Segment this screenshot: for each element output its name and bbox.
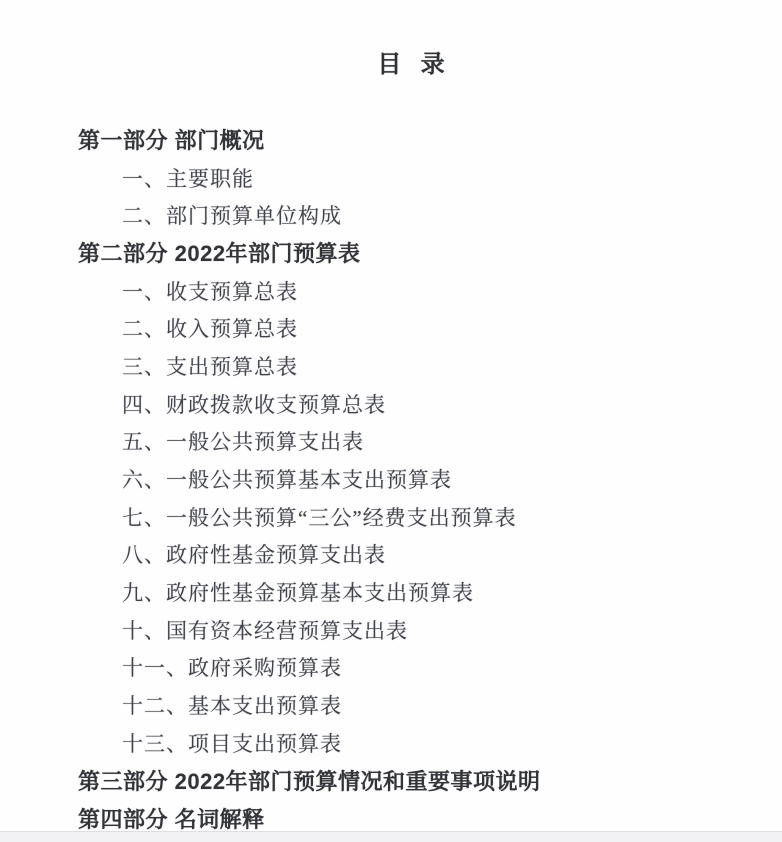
- toc-item: 十二、基本支出预算表: [0, 686, 782, 724]
- document-page: 目 录 第一部分 部门概况一、主要职能二、部门预算单位构成第二部分 2022年部…: [0, 0, 782, 842]
- toc-item: 六、一般公共预算基本支出预算表: [0, 460, 782, 498]
- toc-item: 十、国有资本经营预算支出表: [0, 611, 782, 649]
- page-bottom-edge: [0, 831, 782, 842]
- toc-item: 五、一般公共预算支出表: [0, 423, 782, 461]
- toc-part-heading: 第三部分 2022年部门预算情况和重要事项说明: [0, 762, 782, 800]
- toc-item: 一、主要职能: [0, 159, 782, 197]
- toc-item: 十三、项目支出预算表: [0, 724, 782, 762]
- toc-part-heading: 第二部分 2022年部门预算表: [0, 234, 782, 272]
- toc-item: 九、政府性基金预算基本支出预算表: [0, 573, 782, 611]
- toc-item: 二、部门预算单位构成: [0, 196, 782, 234]
- toc-item: 十一、政府采购预算表: [0, 649, 782, 687]
- toc-list: 第一部分 部门概况一、主要职能二、部门预算单位构成第二部分 2022年部门预算表…: [0, 121, 782, 837]
- toc-part-heading: 第一部分 部门概况: [0, 121, 782, 159]
- toc-item: 一、收支预算总表: [0, 272, 782, 310]
- page-title: 目 录: [0, 44, 782, 79]
- toc-item: 三、支出预算总表: [0, 347, 782, 385]
- toc-item: 八、政府性基金预算支出表: [0, 536, 782, 574]
- toc-item: 四、财政拨款收支预算总表: [0, 385, 782, 423]
- toc-item: 七、一般公共预算“三公”经费支出预算表: [0, 498, 782, 536]
- toc-item: 二、收入预算总表: [0, 309, 782, 347]
